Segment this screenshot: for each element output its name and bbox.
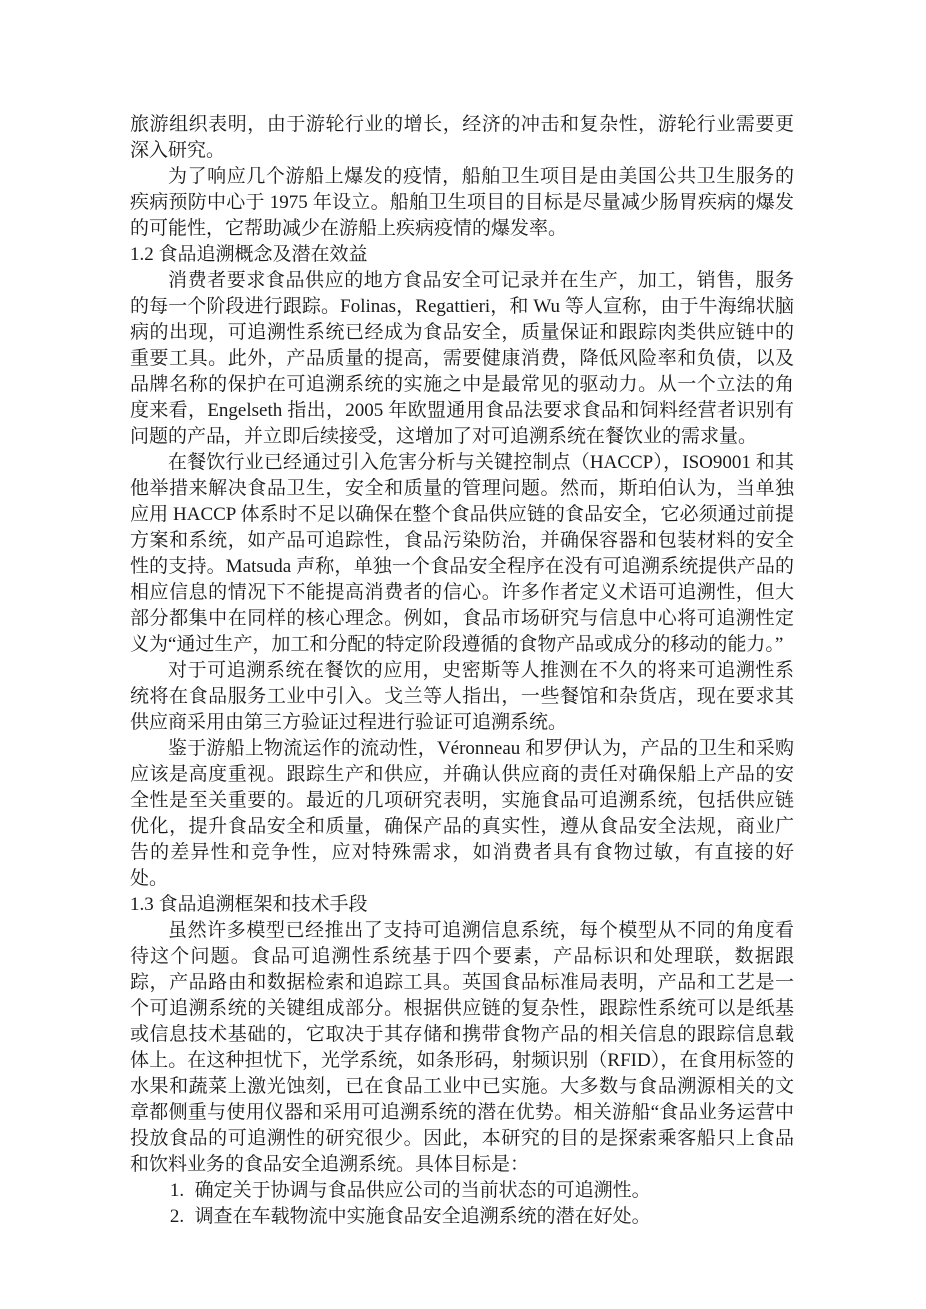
- paragraph-catering-application: 对于可追溯系统在餐饮的应用，史密斯等人推测在不久的将来可追溯性系统将在食品服务工…: [130, 658, 794, 736]
- objective-item-1: 1.确定关于协调与食品供应公司的当前状态的可追溯性。: [130, 1178, 794, 1204]
- paragraph-vessel-sanitation-program: 为了响应几个游船上爆发的疫情，船舶卫生项目是由美国公共卫生服务的疾病预防中心于 …: [130, 164, 794, 242]
- document-page: 旅游组织表明，由于游轮行业的增长，经济的冲击和复杂性，游轮行业需要更深入研究。 …: [0, 0, 926, 1309]
- document-text-block: 旅游组织表明，由于游轮行业的增长，经济的冲击和复杂性，游轮行业需要更深入研究。 …: [130, 112, 794, 1230]
- paragraph-cruise-tourism-continuation: 旅游组织表明，由于游轮行业的增长，经济的冲击和复杂性，游轮行业需要更深入研究。: [130, 112, 794, 164]
- heading-section-1-3: 1.3 食品追溯框架和技术手段: [130, 892, 794, 918]
- objective-text-1: 确定关于协调与食品供应公司的当前状态的可追溯性。: [195, 1180, 651, 1201]
- objective-number-2: 2.: [170, 1204, 184, 1230]
- paragraph-cruise-logistics-benefits: 鉴于游船上物流运作的流动性，Véronneau 和罗伊认为，产品的卫生和采购应该…: [130, 736, 794, 892]
- objective-item-2: 2.调查在车载物流中实施食品安全追溯系统的潜在好处。: [130, 1204, 794, 1230]
- paragraph-haccp-food-safety: 在餐饮行业已经通过引入危害分析与关键控制点（HACCP），ISO9001 和其他…: [130, 450, 794, 658]
- objective-text-2: 调查在车载物流中实施食品安全追溯系统的潜在好处。: [195, 1206, 651, 1227]
- paragraph-traceability-framework: 虽然许多模型已经推出了支持可追溯信息系统，每个模型从不同的角度看待这个问题。食品…: [130, 918, 794, 1178]
- heading-section-1-2: 1.2 食品追溯概念及潜在效益: [130, 242, 794, 268]
- paragraph-consumer-traceability-demand: 消费者要求食品供应的地方食品安全可记录并在生产，加工，销售，服务的每一个阶段进行…: [130, 268, 794, 450]
- objective-number-1: 1.: [170, 1178, 184, 1204]
